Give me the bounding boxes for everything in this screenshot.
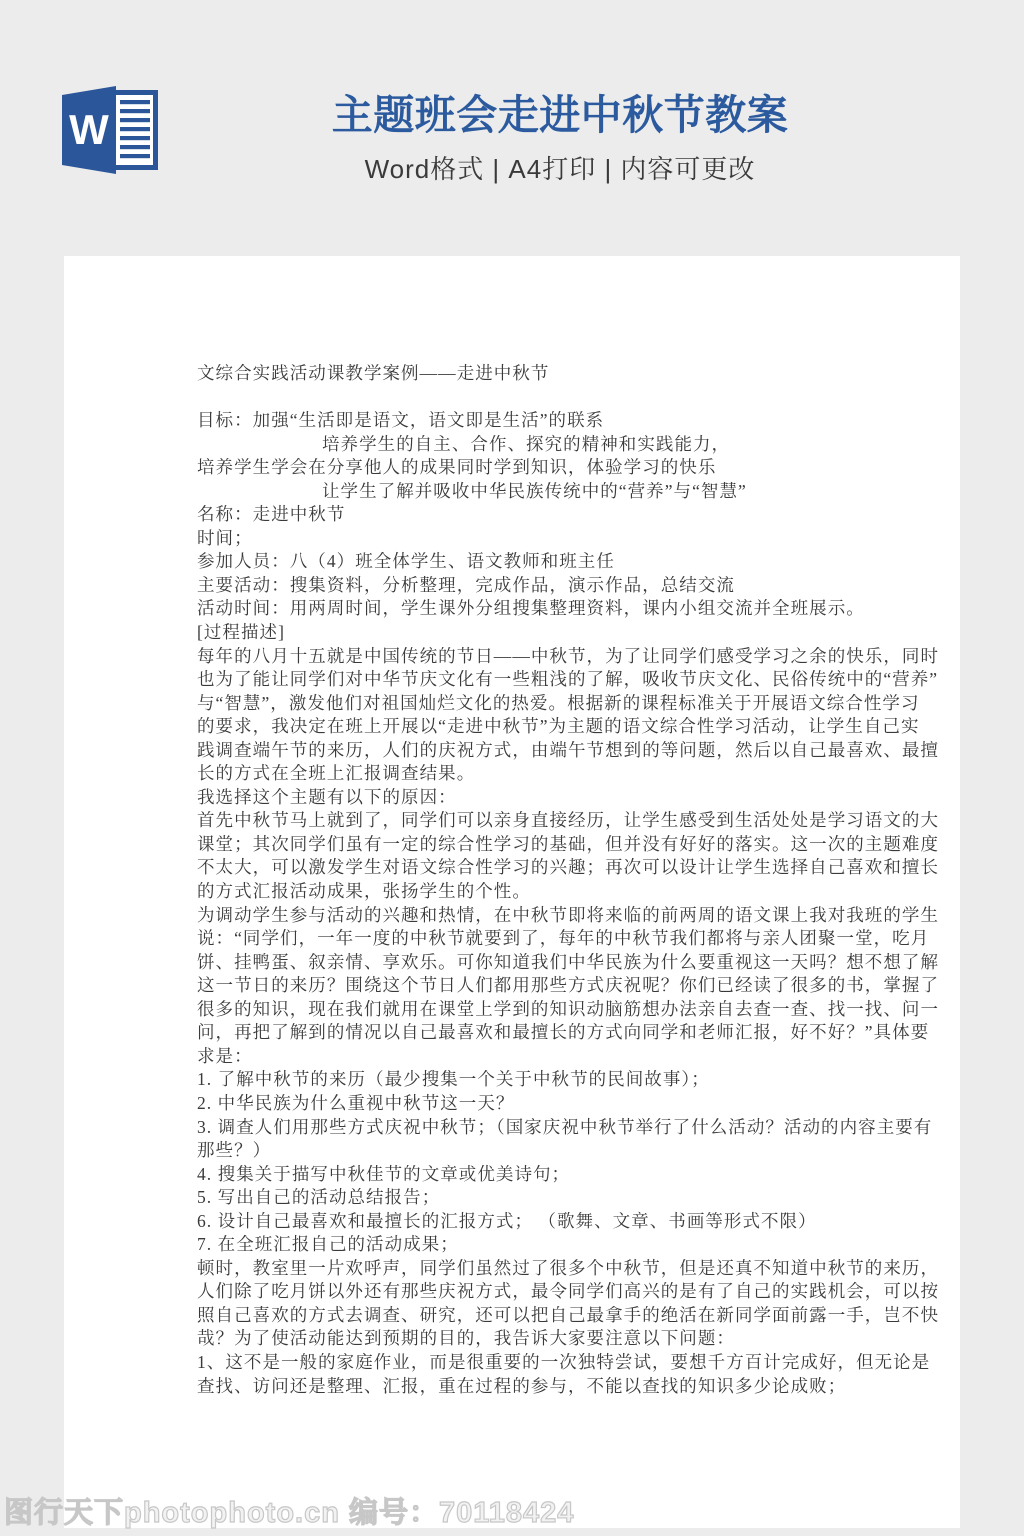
page-background: W 主题班会走进中秋节教案 Word格式 | A4打印 | 内容可更改 文综合实… xyxy=(0,0,1024,1536)
document-text-line: 践调查端午节的来历，人们的庆祝方式，由端午节想到的等问题，然后以自己最喜欢、最擅 xyxy=(197,739,950,763)
document-text-line: 与“智慧”，激发他们对祖国灿烂文化的热爱。根据新的课程标准关于开展语文综合性学习 xyxy=(197,692,950,716)
document-body: 文综合实践活动课教学案例——走进中秋节 目标：加强“生活即是语文，语文即是生活”… xyxy=(64,256,960,1398)
document-text-line: 的方式汇报活动成果，张扬学生的个性。 xyxy=(197,880,950,904)
document-text-line: 我选择这个主题有以下的原因： xyxy=(197,786,950,810)
document-text-line: 这一节日的来历？围绕这个节日人们都用那些方式庆祝呢？你们已经读了很多的书，掌握了 xyxy=(197,974,950,998)
document-text-line: 那些？） xyxy=(197,1139,950,1163)
document-text-line: 也为了能让同学们对中华节庆文化有一些粗浅的了解，吸收节庆文化、民俗传统中的“营养… xyxy=(197,668,950,692)
document-text-line: [过程描述] xyxy=(197,621,950,645)
watermark-text: 图行天下photophoto.cn 编号：70118424 xyxy=(4,1490,574,1531)
document-text-line: 首先中秋节马上就到了，同学们可以亲身直接经历，让学生感受到生活处处是学习语文的大 xyxy=(197,809,950,833)
document-text-line: 不太大，可以激发学生对语文综合性学习的兴趣；再次可以设计让学生选择自己喜欢和擅长 xyxy=(197,856,950,880)
document-text-line xyxy=(197,386,950,410)
document-text-line: 长的方式在全班上汇报调查结果。 xyxy=(197,762,950,786)
document-text-line: 6. 设计自己最喜欢和最擅长的汇报方式； （歌舞、文章、书画等形式不限） xyxy=(197,1210,950,1234)
document-text-line: 课堂；其次同学们虽有一定的综合性学习的基础，但并没有好好的落实。这一次的主题难度 xyxy=(197,833,950,857)
page-subtitle: Word格式 | A4打印 | 内容可更改 xyxy=(96,154,1024,184)
document-text-line: 1. 了解中秋节的来历（最少搜集一个关于中秋节的民间故事）； xyxy=(197,1068,950,1092)
document-text-line: 培养学生学会在分享他人的成果同时学到知识，体验学习的快乐 xyxy=(197,456,950,480)
document-text-line: 主要活动：搜集资料，分析整理，完成作品，演示作品，总结交流 xyxy=(197,574,950,598)
document-text-line: 名称：走进中秋节 xyxy=(197,503,950,527)
document-text-line: 顿时，教室里一片欢呼声，同学们虽然过了很多个中秋节，但是还真不知道中秋节的来历， xyxy=(197,1257,950,1281)
document-text-line: 人们除了吃月饼以外还有那些庆祝方式，最令同学们高兴的是有了自己的实践机会，可以按 xyxy=(197,1280,950,1304)
document-text-line: 为调动学生参与活动的兴趣和热情，在中秋节即将来临的前两周的语文课上我对我班的学生 xyxy=(197,904,950,928)
document-text-line: 文综合实践活动课教学案例——走进中秋节 xyxy=(197,362,950,386)
document-text-line: 活动时间：用两周时间，学生课外分组搜集整理资料，课内小组交流并全班展示。 xyxy=(197,597,950,621)
document-text-line: 让学生了解并吸收中华民族传统中的“营养”与“智慧” xyxy=(197,480,950,504)
header: 主题班会走进中秋节教案 Word格式 | A4打印 | 内容可更改 xyxy=(96,90,1024,184)
document-text-line: 照自己喜欢的方式去调查、研究，还可以把自己最拿手的绝活在新同学面前露一手，岂不快 xyxy=(197,1304,950,1328)
document-text-line: 1、这不是一般的家庭作业，而是很重要的一次独特尝试，要想千方百计完成好，但无论是 xyxy=(197,1351,950,1375)
document-text-line: 每年的八月十五就是中国传统的节日——中秋节，为了让同学们感受学习之余的快乐，同时 xyxy=(197,645,950,669)
document-text-line: 培养学生的自主、合作、探究的精神和实践能力， xyxy=(197,433,950,457)
document-text-line: 3. 调查人们用那些方式庆祝中秋节；（国家庆祝中秋节举行了什么活动？活动的内容主… xyxy=(197,1116,950,1140)
document-text-line: 目标：加强“生活即是语文，语文即是生活”的联系 xyxy=(197,409,950,433)
document-page: 文综合实践活动课教学案例——走进中秋节 目标：加强“生活即是语文，语文即是生活”… xyxy=(64,256,960,1528)
document-text-line: 时间； xyxy=(197,527,950,551)
document-text-line: 7. 在全班汇报自己的活动成果； xyxy=(197,1233,950,1257)
document-text-line: 的要求，我决定在班上开展以“走进中秋节”为主题的语文综合性学习活动，让学生自己实 xyxy=(197,715,950,739)
document-text-line: 哉？为了使活动能达到预期的目的，我告诉大家要注意以下问题： xyxy=(197,1327,950,1351)
document-text-line: 4. 搜集关于描写中秋佳节的文章或优美诗句； xyxy=(197,1163,950,1187)
page-title: 主题班会走进中秋节教案 xyxy=(96,90,1024,140)
document-text-line: 很多的知识，现在我们就用在课堂上学到的知识动脑筋想办法亲自去查一查、找一找、问一 xyxy=(197,998,950,1022)
document-text-line: 问，再把了解到的情况以自己最喜欢和最擅长的方式向同学和老师汇报，好不好？”具体要 xyxy=(197,1021,950,1045)
document-text-line: 5. 写出自己的活动总结报告； xyxy=(197,1186,950,1210)
document-text-line: 参加人员：八（4）班全体学生、语文教师和班主任 xyxy=(197,550,950,574)
document-text-line: 查找、访问还是整理、汇报，重在过程的参与，不能以查找的知识多少论成败； xyxy=(197,1375,950,1399)
document-text-line: 2. 中华民族为什么重视中秋节这一天？ xyxy=(197,1092,950,1116)
document-text-line: 饼、挂鸭蛋、叙亲情、享欢乐。可你知道我们中华民族为什么要重视这一天吗？想不想了解 xyxy=(197,951,950,975)
document-text-line: 求是： xyxy=(197,1045,950,1069)
document-text-line: 说：“同学们，一年一度的中秋节就要到了，每年的中秋节我们都将与亲人团聚一堂，吃月 xyxy=(197,927,950,951)
